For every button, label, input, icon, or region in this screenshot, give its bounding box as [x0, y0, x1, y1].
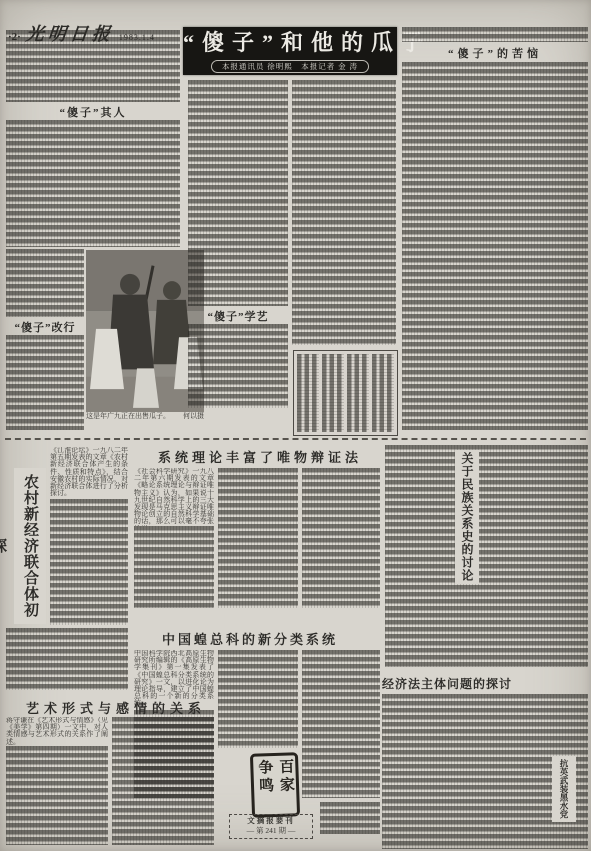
article-rural-text — [6, 628, 128, 690]
article-art-form-text — [112, 717, 214, 845]
article-black-water-headline: 抗英武装黑水党 — [552, 756, 576, 822]
digest-title: 文摘报要刊 — [230, 816, 312, 826]
feature-body-text — [402, 27, 588, 42]
article-systems-lead: 《社会科学研究》一九八二年第六期发表的文章《略论系统理论与辩证唯物主义》认为，如… — [134, 468, 214, 526]
feature-subhead-1: “傻子”其人 — [6, 104, 180, 120]
feature-headline-banner: “傻子”和他的瓜子 本报通讯员 徐明熙 本报记者 金 涛 — [183, 27, 397, 75]
article-systems-text — [134, 526, 214, 608]
feature-body-text — [6, 335, 84, 430]
seal-text: 百家争鸣 — [253, 758, 297, 811]
feature-body-text — [188, 80, 288, 306]
article-rural-text — [50, 499, 128, 625]
feature-body-text — [6, 120, 180, 247]
article-locust-text — [302, 650, 380, 798]
article-ethnic-text — [385, 445, 588, 667]
photo-melon-seed-seller — [86, 250, 204, 412]
notice-text — [322, 354, 344, 432]
feature-subhead-4: “傻子”的苦恼 — [402, 45, 588, 61]
seal-stamp: 百家争鸣 — [250, 752, 300, 818]
article-economic-law-headline: 经济法主体问题的探讨 — [382, 675, 512, 692]
feature-body-text — [6, 30, 180, 102]
article-art-form-lead: 蒋守谦在《艺术形式与情感》（见《美学》第四期）一文中，对人类情感与艺术形式的关系… — [6, 717, 108, 746]
article-art-form-text — [6, 746, 108, 845]
digest-issue-box: 文摘报要刊 — 第 241 期 — — [229, 814, 313, 839]
article-rural-lead: 《江淮论坛》一九八二年第五期发表的文章《农村新经济联合体产生的条件、性质和特点》… — [50, 447, 128, 499]
article-rural-headline: 农村新经济联合体初探 — [14, 468, 46, 624]
feature-byline: 本报通讯员 徐明熙 本报记者 金 涛 — [211, 60, 369, 73]
feature-headline: “傻子”和他的瓜子 — [183, 27, 397, 56]
feature-subhead-2: “傻子”改行 — [6, 319, 84, 335]
article-art-form-headline: 艺术形式与感情的关系 — [16, 698, 216, 717]
article-ethnic-headline: 关于民族关系史的讨论 — [455, 450, 479, 584]
article-locust-text — [320, 802, 380, 834]
feature-subhead-3: “傻子”学艺 — [188, 308, 288, 324]
notice-text — [297, 354, 319, 432]
feature-body-text — [6, 249, 84, 317]
notice-text — [372, 354, 394, 432]
notice-box — [293, 350, 398, 436]
feature-body-text — [188, 324, 288, 408]
article-systems-headline: 系统理论丰富了唯物辩证法 — [140, 447, 380, 466]
photo-credit: 何以摄 — [183, 412, 204, 421]
article-systems-text — [218, 468, 298, 608]
article-rural: 《江淮论坛》一九八二年第五期发表的文章《农村新经济联合体产生的条件、性质和特点》… — [50, 447, 128, 625]
photo-caption: 这是年广九正在出售瓜子。 — [86, 412, 170, 421]
article-locust-text — [218, 650, 298, 748]
section-divider — [5, 438, 586, 440]
article-locust-headline: 中国蝗总科的新分类系统 — [140, 629, 360, 648]
newspaper-page: ·2· 光明日报 1983.1.4 “傻子”和他的瓜子 本报通讯员 徐明熙 本报… — [0, 0, 591, 851]
notice-text — [347, 354, 369, 432]
article-art-form: 蒋守谦在《艺术形式与情感》（见《美学》第四期）一文中，对人类情感与艺术形式的关系… — [6, 717, 108, 845]
digest-issue-number: — 第 241 期 — — [230, 826, 312, 836]
article-systems-text — [302, 468, 380, 608]
feature-body-text — [402, 62, 588, 430]
article-systems: 《社会科学研究》一九八二年第六期发表的文章《略论系统理论与辩证唯物主义》认为，如… — [134, 468, 214, 608]
feature-body-text — [292, 80, 396, 345]
feature-photo-figure: 这是年广九正在出售瓜子。 何以摄 — [86, 250, 204, 426]
